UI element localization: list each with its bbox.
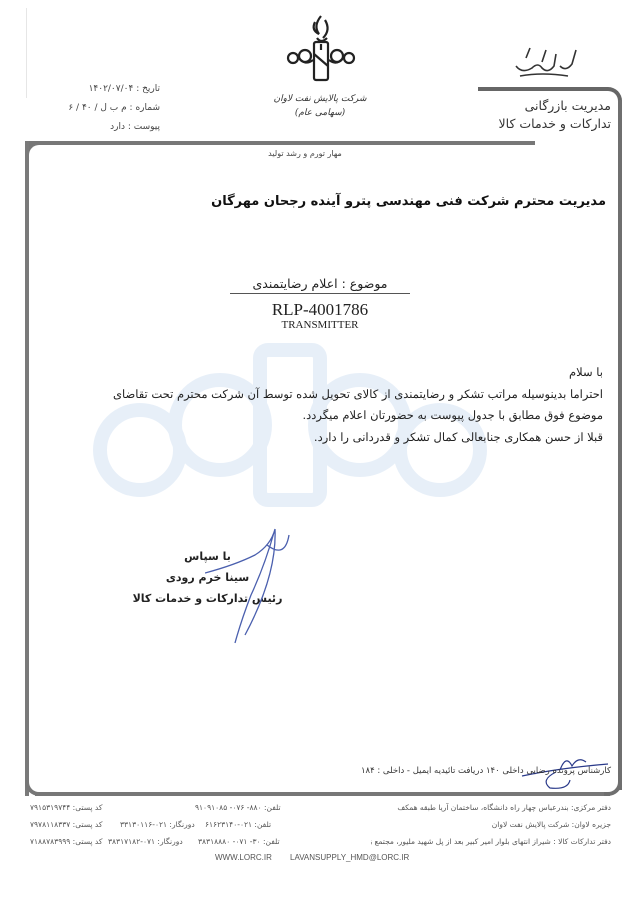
subject-value: اعلام رضایتمندی: [252, 276, 337, 291]
handwritten-signature-icon: [205, 525, 295, 645]
footer-fax: دورنگار: ۰۲۱-۳۳۱۳۰۱۱۶: [120, 820, 195, 829]
footer-postal: کد پستی: ۷۹۷۸۱۱۸۳۳۷: [30, 820, 102, 829]
company-type-text: (سهامی عام): [270, 106, 370, 120]
subject-label: موضوع :: [342, 276, 388, 291]
date-label: تاریخ :: [136, 84, 160, 94]
attachment-label: پیوست :: [128, 122, 160, 132]
footer-address: جزیره لاوان: شرکت پالایش نفت لاوان: [492, 820, 611, 829]
number-row: شماره : م ب ل / ۴۰ / ۶: [60, 99, 160, 118]
calligraphy-icon: [512, 44, 584, 80]
paragraph: قبلا از حسن همکاری جنابعالی کمال تشکر و …: [43, 427, 603, 449]
reference-number: RLP-4001786: [230, 300, 410, 320]
footer-phone: تلفن: ۰۲۱-۶۱۶۲۳۱۴۰: [205, 820, 271, 829]
number-value: م ب ل / ۴۰ / ۶: [68, 103, 126, 113]
company-logo: [283, 14, 359, 84]
paragraph: موضوع فوق مطابق با جدول پیوست به حضورتان…: [43, 405, 603, 427]
company-name: شرکت پالایش نفت لاوان (سهامی عام): [270, 92, 370, 120]
bismillah-calligraphy: [512, 44, 584, 80]
footer-fax: دورنگار: ۰۷۱-۳۸۳۱۷۱۸۲: [108, 837, 183, 846]
department-line-1: مدیریت بازرگانی: [499, 97, 611, 115]
department-name: مدیریت بازرگانی تدارکات و خدمات کالا: [499, 97, 611, 133]
frame-line-top-left: [25, 141, 535, 145]
date-row: تاریخ : ۱۴۰۲/۰۷/۰۴: [60, 80, 160, 99]
flame-logo-icon: [283, 14, 359, 84]
frame-line-right: [618, 100, 622, 790]
frame-line-bottom: [35, 792, 610, 796]
year-slogan: مهار تورم و رشد تولید: [230, 149, 380, 158]
footer-postal: کد پستی: ۷۹۱۵۳۱۹۷۴۴: [30, 803, 102, 812]
paragraph: احتراما بدینوسیله مراتب تشکر و رضایتمندی…: [43, 384, 603, 406]
company-name-text: شرکت پالایش نفت لاوان: [270, 92, 370, 106]
cc-note: کارشناس پرونده رضایی داخلی ۱۴۰ دریافت تا…: [361, 766, 611, 776]
greeting: با سلام: [43, 362, 603, 384]
product-name: TRANSMITTER: [230, 319, 410, 331]
attachment-value: دارد: [110, 122, 125, 132]
attachment-row: پیوست : دارد: [60, 118, 160, 137]
number-label: شماره :: [130, 103, 160, 113]
footer-address: دفتر تدارکات کالا : شیراز انتهای بلوار ا…: [371, 837, 611, 846]
footer-website[interactable]: WWW.LORC.IR: [215, 853, 272, 862]
scan-edge: [26, 8, 27, 98]
addressee: مدیریت محترم شرکت فنی مهندسی پترو آینده …: [211, 194, 606, 209]
frame-line-left: [25, 141, 29, 796]
date-value: ۱۴۰۲/۰۷/۰۴: [89, 84, 134, 94]
footer-address: دفتر مرکزی: بندرعباس چهار راه دانشگاه، س…: [397, 803, 611, 812]
letter-meta: تاریخ : ۱۴۰۲/۰۷/۰۴ شماره : م ب ل / ۴۰ / …: [60, 80, 160, 137]
subject-line: موضوع : اعلام رضایتمندی: [230, 276, 410, 294]
footer-phone: تلفن: ۸۸۰- ۰۷۶- ۹۱۰۹۱۰۸۵: [195, 803, 281, 812]
footer-phone: تلفن: ۳۰- ۰۷۱- ۳۸۳۱۸۸۸۰: [198, 837, 280, 846]
footer-postal: کد پستی: ۷۱۸۸۷۸۳۹۹۹: [30, 837, 102, 846]
footer-email[interactable]: LAVANSUPPLY_HMD@LORC.IR: [290, 853, 409, 862]
letter-body: با سلام احتراما بدینوسیله مراتب تشکر و ر…: [43, 362, 603, 448]
department-line-2: تدارکات و خدمات کالا: [499, 115, 611, 133]
frame-line-top-right: [478, 87, 608, 91]
